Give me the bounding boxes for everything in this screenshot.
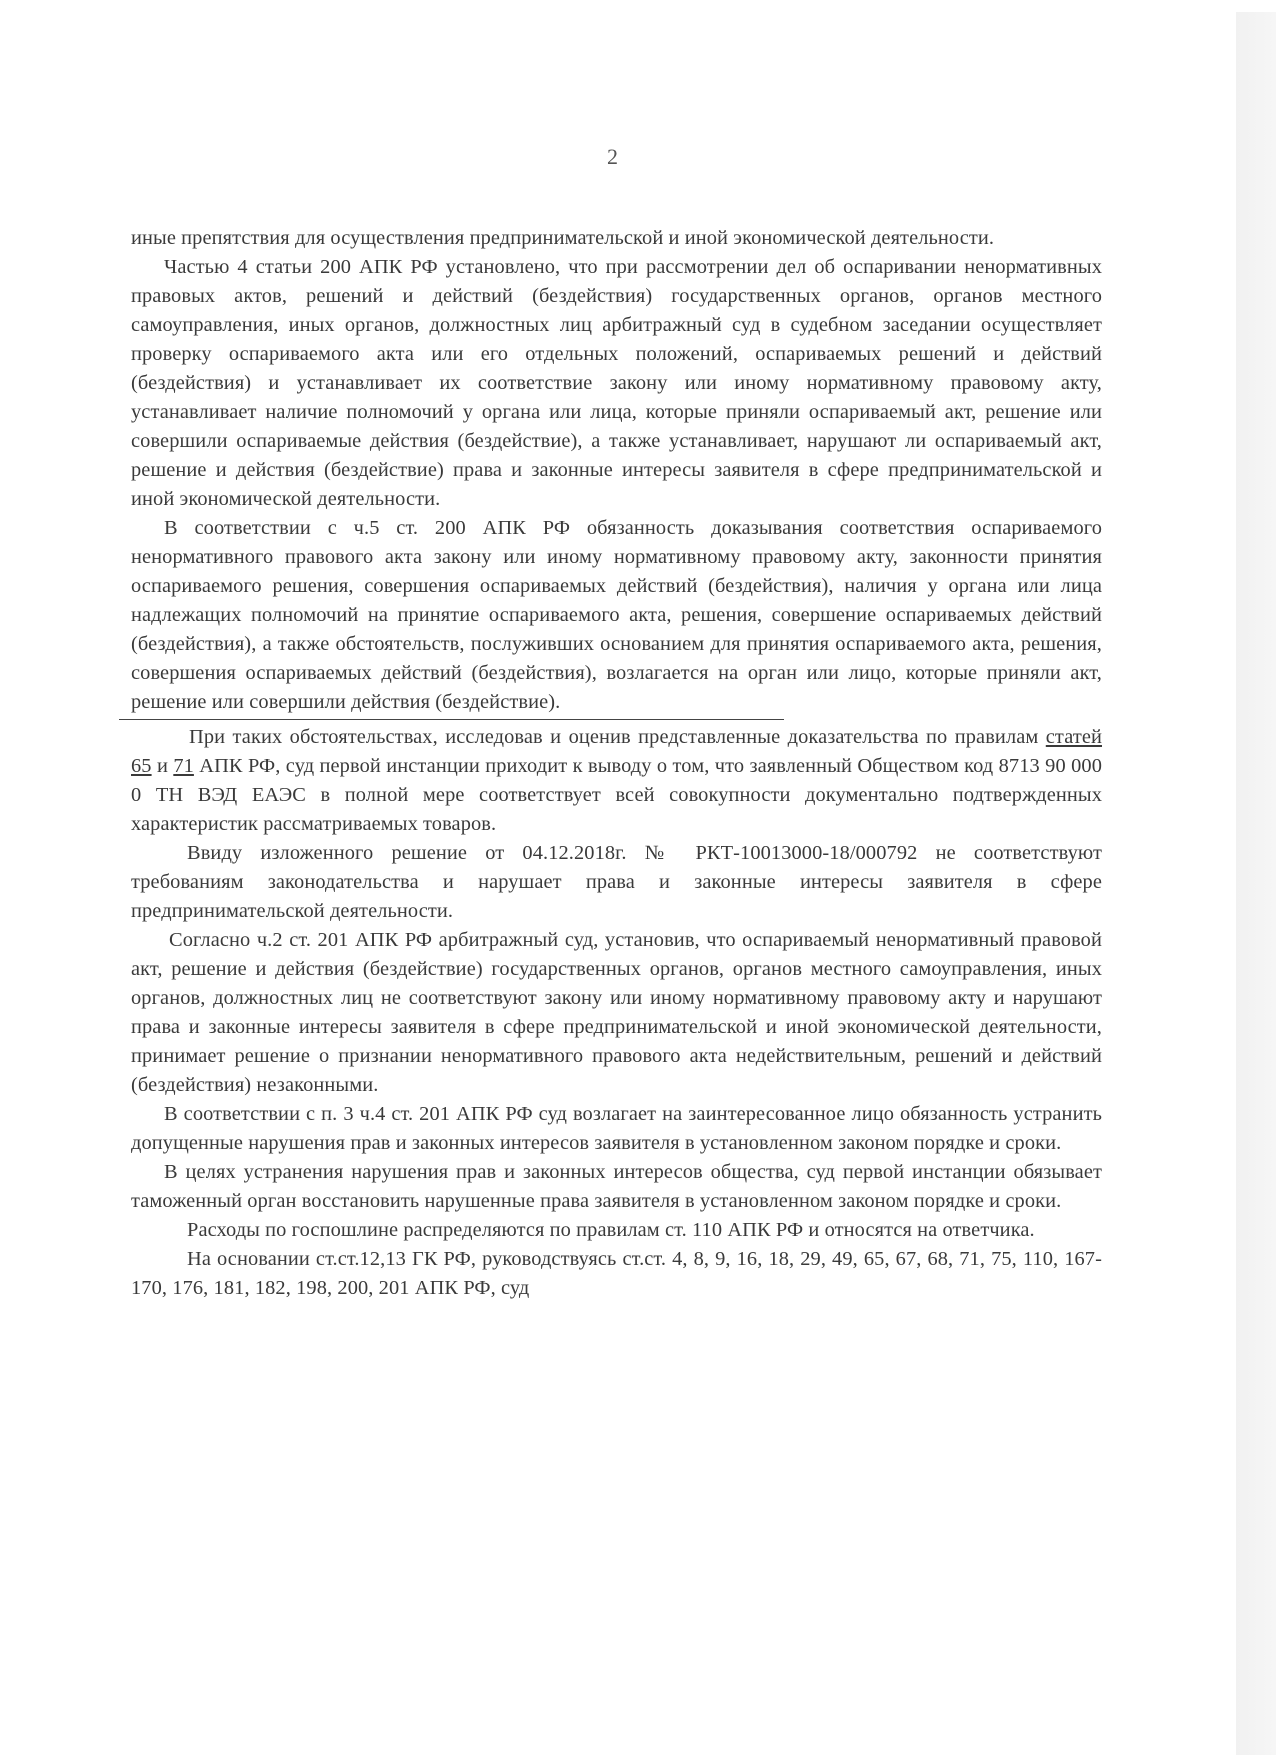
paragraph: Расходы по госпошлине распределяются по …	[131, 1216, 1102, 1245]
paragraph: иные препятствия для осуществления предп…	[131, 224, 1102, 253]
document-body: иные препятствия для осуществления предп…	[131, 224, 1102, 1303]
paragraph: При таких обстоятельствах, исследовав и …	[131, 723, 1102, 839]
article-link-71[interactable]: 71	[173, 755, 194, 777]
paragraph: Частью 4 статьи 200 АПК РФ установлено, …	[131, 253, 1102, 514]
paragraph: В соответствии с ч.5 ст. 200 АПК РФ обяз…	[131, 514, 1102, 717]
paragraph: В соответствии с п. 3 ч.4 ст. 201 АПК РФ…	[131, 1100, 1102, 1158]
text: При таких обстоятельствах, исследовав и …	[189, 726, 1046, 748]
paragraph: Ввиду изложенного решение от 04.12.2018г…	[131, 839, 1102, 926]
paragraph: Согласно ч.2 ст. 201 АПК РФ арбитражный …	[131, 926, 1102, 1100]
handwritten-underline	[119, 719, 784, 720]
paragraph: В целях устранения нарушения прав и зако…	[131, 1158, 1102, 1216]
paragraph: На основании ст.ст.12,13 ГК РФ, руководс…	[131, 1245, 1102, 1303]
text: и	[152, 755, 174, 777]
page-number: 2	[0, 144, 1225, 170]
scan-page-edge	[1236, 12, 1276, 1755]
text: АПК РФ, суд первой инстанции приходит к …	[131, 755, 1102, 835]
